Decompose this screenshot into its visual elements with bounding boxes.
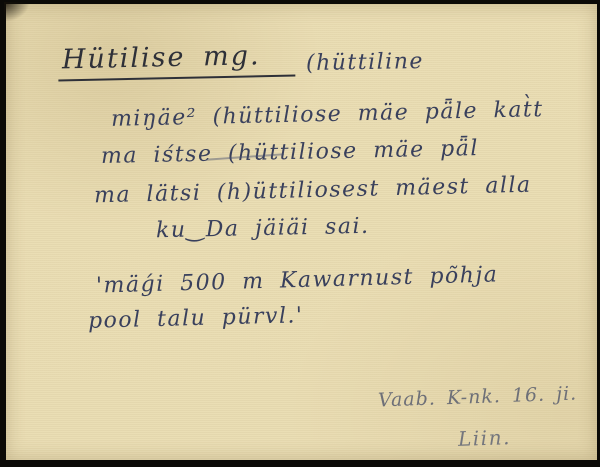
body-line-5: 'mäǵi 500 m Kawarnust põhja [96, 262, 499, 298]
top-annotation: (hüttiline [306, 49, 424, 76]
body-line-2: ma iśtse (hüttiliose mäe pǟl [101, 136, 479, 169]
body-line-3: ma lätsi (h)üttiliosest mäest alla [94, 173, 532, 209]
corner-shadow [4, 2, 30, 22]
footer-signature: Liin. [458, 425, 512, 451]
body-line-4: ku‿Da jäiäi sai. [156, 214, 370, 243]
body-line-6: pool talu pürvl.' [88, 303, 304, 334]
index-card: Hütilise mg. (hüttiline miŋäe² (hüttilio… [6, 4, 597, 460]
footer-reference: Vaab. K-nk. 16. ji. [378, 383, 578, 412]
body-line-1: miŋäe² (hüttiliose mäe pǟle kat̀t [111, 97, 544, 132]
card-title: Hütilise mg. [58, 40, 295, 82]
